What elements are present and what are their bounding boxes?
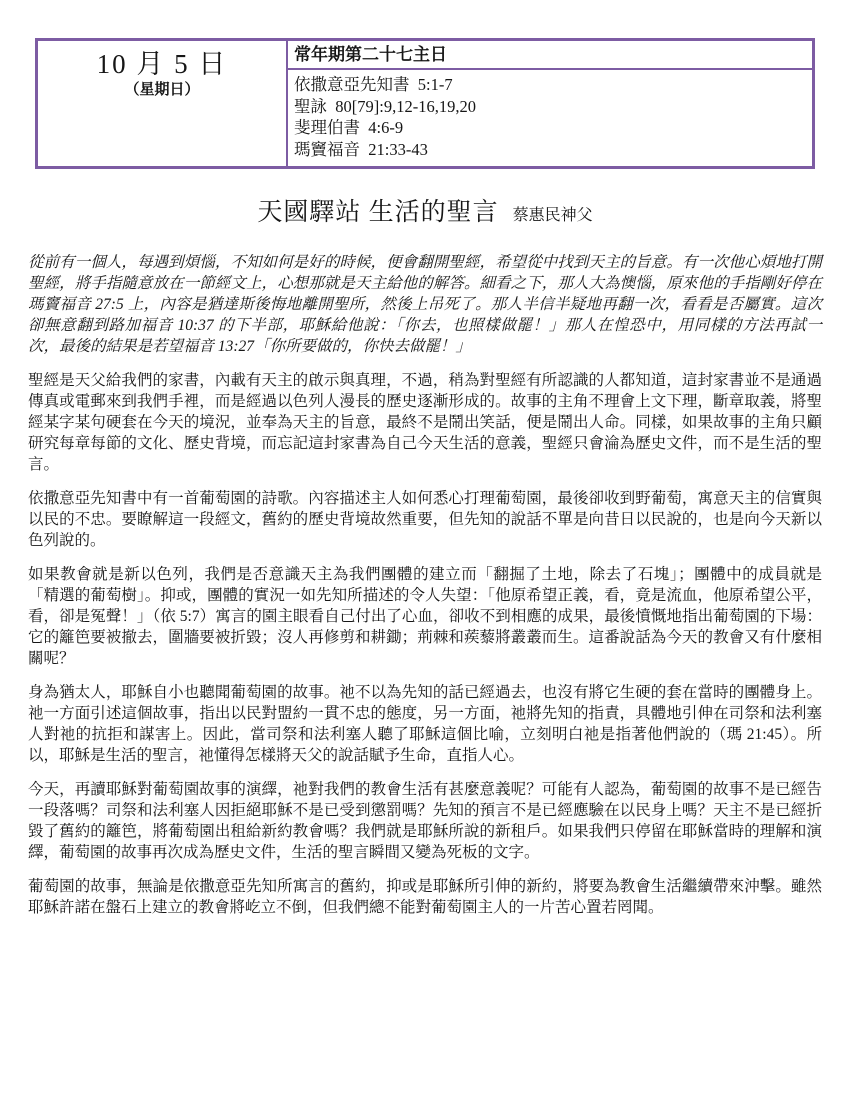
article-author: 蔡惠民神父 (513, 207, 593, 224)
paragraph-jesus-retelling: 身為猶太人，耶穌自小也聽聞葡萄園的故事。祂不以為先知的話已經過去，也沒有將它生硬… (28, 682, 822, 766)
date-cell: 10 月 5 日 （星期日） (38, 41, 288, 166)
paragraph-family-letter: 聖經是天父給我們的家書，內載有天主的啟示與真理，不過，稍為對聖經有所認識的人都知… (28, 370, 822, 475)
readings-list: 依撒意亞先知書 5:1-7 聖詠 80[79]:9,12-16,19,20 斐理… (288, 70, 812, 166)
article-title-line: 天國驛站 生活的聖言 蔡惠民神父 (28, 192, 822, 228)
date-text: 10 月 5 日 (38, 48, 286, 80)
reading-first: 依撒意亞先知書 5:1-7 (294, 74, 806, 96)
reading-second: 斐理伯書 4:6-9 (294, 117, 806, 139)
paragraph-conclusion: 葡萄園的故事，無論是依撒意亞先知所寓言的舊約，抑或是耶穌所引伸的新約，將要為教會… (28, 876, 822, 918)
paragraph-today-meaning: 今天，再讀耶穌對葡萄園故事的演繹，祂對我們的教會生活有甚麼意義呢？可能有人認為，… (28, 779, 822, 863)
bulletin-page: 10 月 5 日 （星期日） 常年期第二十七主日 依撒意亞先知書 5:1-7 聖… (0, 0, 850, 1100)
article: 天國驛站 生活的聖言 蔡惠民神父 從前有一個人，每遇到煩惱，不知如何是好的時候，… (28, 192, 822, 931)
readings-column: 常年期第二十七主日 依撒意亞先知書 5:1-7 聖詠 80[79]:9,12-1… (288, 41, 812, 166)
liturgical-header-table: 10 月 5 日 （星期日） 常年期第二十七主日 依撒意亞先知書 5:1-7 聖… (35, 38, 815, 169)
paragraph-new-israel: 如果教會就是新以色列，我們是否意識天主為我們團體的建立而「翻掘了土地，除去了石塊… (28, 564, 822, 669)
article-title: 天國驛站 生活的聖言 (257, 199, 498, 226)
reading-psalm: 聖詠 80[79]:9,12-16,19,20 (294, 96, 806, 118)
feast-title: 常年期第二十七主日 (288, 41, 812, 70)
paragraph-anecdote: 從前有一個人，每遇到煩惱，不知如何是好的時候，便會翻開聖經，希望從中找到天主的旨… (28, 252, 822, 357)
paragraph-vineyard-song: 依撒意亞先知書中有一首葡萄園的詩歌。內容描述主人如何悉心打理葡萄園，最後卻收到野… (28, 488, 822, 551)
weekday-text: （星期日） (38, 80, 286, 100)
reading-gospel: 瑪竇福音 21:33-43 (294, 139, 806, 161)
